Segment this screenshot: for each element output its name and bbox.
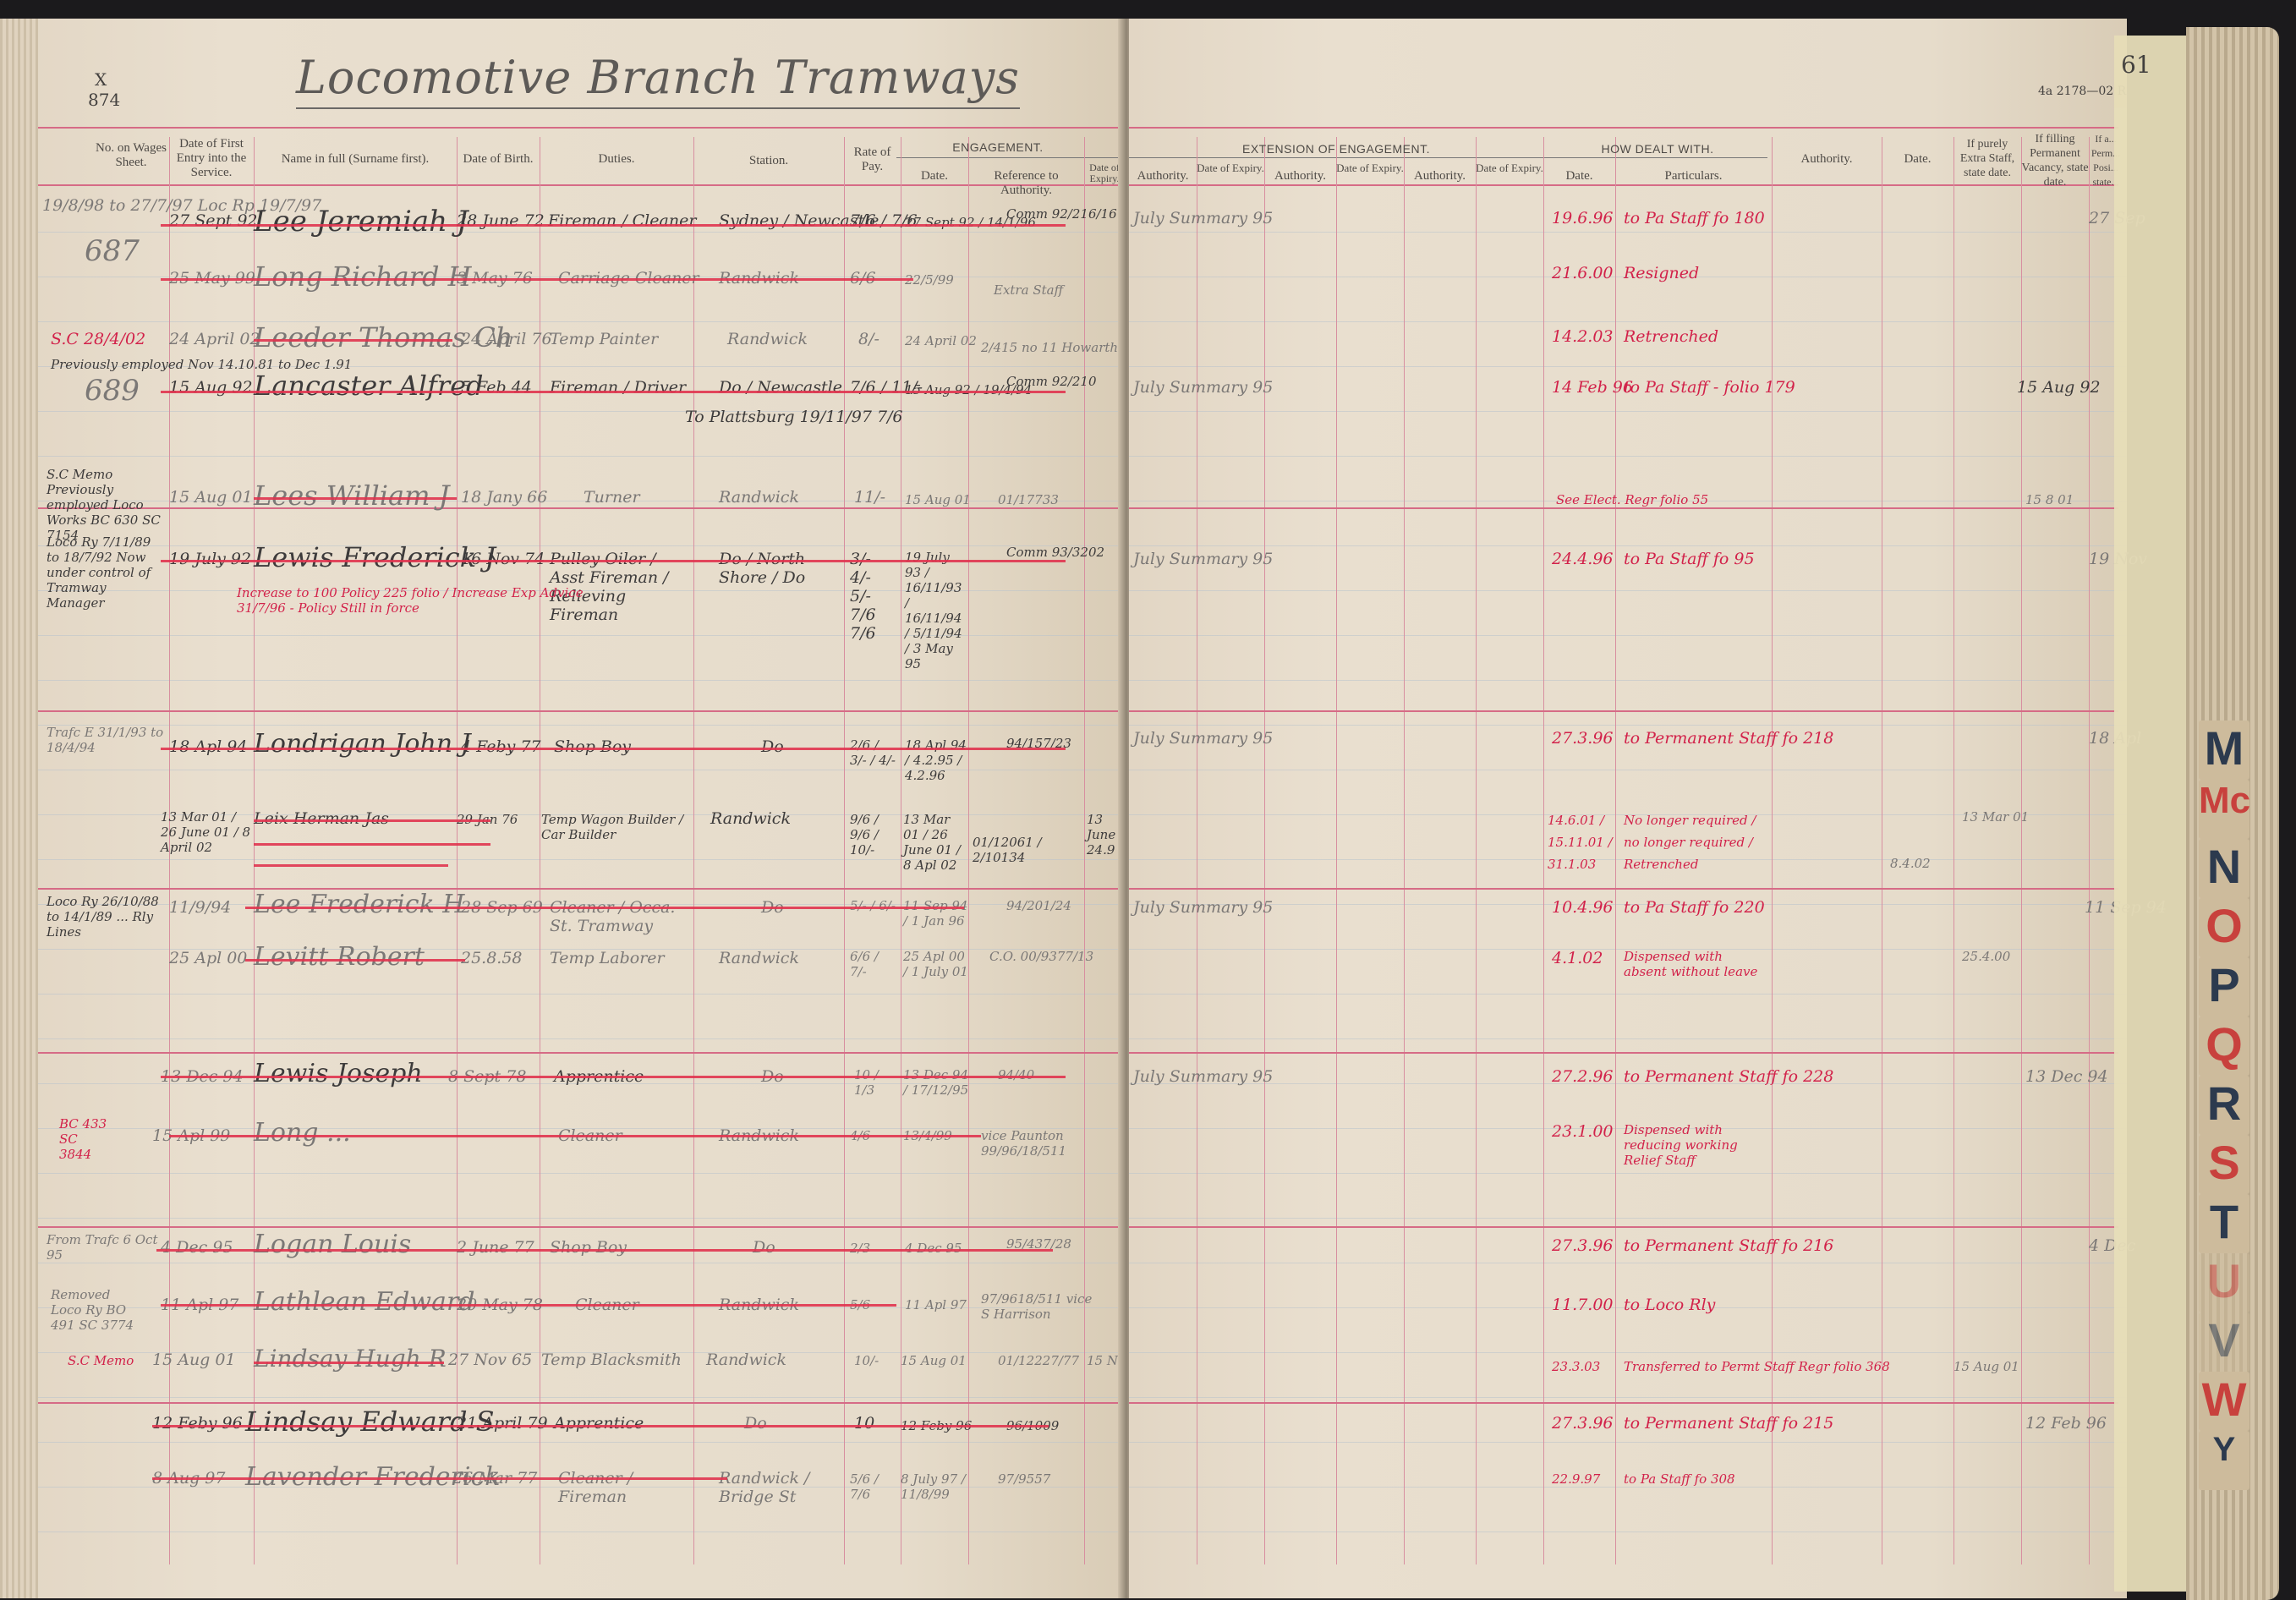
ruling-line	[1336, 137, 1337, 1564]
extension-authority: July Summary 95	[1133, 898, 1273, 917]
authority-reference: vice Paunton 99/96/18/511	[981, 1128, 1099, 1159]
employee-name: Leix Herman Jas	[254, 809, 389, 828]
left-folio-number: 874	[88, 90, 120, 110]
transfer-note: To Plattsburg 19/11/97 7/6	[685, 408, 903, 426]
station: Randwick / Bridge St	[719, 1469, 837, 1506]
extension-authority: July Summary 95	[1133, 1067, 1273, 1086]
duties: Temp Laborer	[550, 949, 665, 967]
header-how-dealt: HOW DEALT WITH.	[1543, 142, 1772, 156]
header-date-final: Date.	[1882, 152, 1954, 167]
ruling-line	[1129, 888, 2118, 890]
rate-of-pay: 9/6 / 9/6 / 10/-	[850, 812, 896, 858]
header-eng-date: Date.	[901, 169, 968, 184]
first-entry-date: 15 Aug 01	[169, 488, 253, 507]
header-rate: Rate of Pay.	[844, 145, 901, 174]
header-particulars: Particulars.	[1615, 169, 1772, 184]
engagement-date: 4 Dec 95	[905, 1241, 962, 1256]
ruling-line	[2089, 137, 2090, 1564]
engagement-date: 11 Apl 97	[905, 1297, 967, 1312]
index-tab-m[interactable]: M	[2199, 721, 2249, 780]
rate-of-pay: 3/- 4/- 5/- 7/6 7/6	[850, 550, 896, 643]
employee-name: Lee Jeremiah J	[254, 205, 468, 238]
margin-note: From Trafc 6 Oct 95	[47, 1232, 165, 1263]
strikethrough-line	[161, 748, 1066, 750]
first-entry-date: 11/9/94	[169, 898, 231, 917]
strikethrough-line	[152, 1477, 727, 1480]
authority-reference: 2/415 no 11 Howarth	[981, 340, 1118, 355]
header-hd-date: Date.	[1543, 169, 1615, 184]
extension-authority: July Summary 95	[1133, 378, 1273, 397]
authority-reference: Comm 92/210	[1006, 374, 1097, 389]
header-wages-no: No. on Wages Sheet.	[93, 141, 169, 170]
first-entry-date: 25 Apl 00	[169, 949, 247, 967]
index-tab-mc[interactable]: Mc	[2199, 780, 2249, 839]
ruling-line	[844, 137, 845, 1564]
duties: Temp Painter	[550, 330, 658, 348]
page-title: Locomotive Branch Tramways	[296, 51, 1020, 109]
ruling-line	[1129, 127, 2118, 129]
header-extra-staff: If purely Extra Staff, state date.	[1954, 137, 2021, 180]
dealt-date: 27.3.96	[1552, 1414, 1614, 1433]
dealt-date: 14.2.03	[1552, 327, 1614, 346]
dealt-particulars: Transferred to Permt Staff Regr folio 36…	[1624, 1359, 1890, 1374]
header-engagement: ENGAGEMENT.	[901, 140, 1095, 155]
index-tab-p[interactable]: P	[2199, 957, 2249, 1016]
authority-reference: 01/12227/77	[998, 1353, 1079, 1368]
extra-staff-date: 15 8 01	[2025, 492, 2074, 507]
permanent-vacancy-date: 15 Aug 92	[2017, 378, 2101, 397]
header-top-rule	[38, 127, 1125, 129]
first-entry-date: 15 Aug 01	[152, 1351, 236, 1369]
permanent-vacancy-date: 13 Dec 94	[2025, 1067, 2108, 1086]
date-of-birth: 27 Nov 65	[448, 1351, 532, 1369]
ruling-line	[38, 1226, 1125, 1228]
station: Randwick	[706, 1351, 786, 1369]
employee-name: Logan Louis	[254, 1230, 411, 1259]
engagement-date: 19 July 93 / 16/11/93 / 16/11/94 / 5/11/…	[905, 550, 968, 671]
duties: Fireman / Cleaner	[548, 211, 696, 230]
header-permanent-vacancy: If filling Permanent Vacancy, state date…	[2021, 132, 2089, 189]
ruling-line	[1129, 1402, 2118, 1404]
employee-name: Lewis Frederick J	[254, 541, 496, 573]
date-of-birth: 21 April 79	[457, 1414, 548, 1433]
wages-number: 689	[85, 374, 140, 408]
authority-reference: 97/9618/511 vice S Harrison	[981, 1291, 1099, 1322]
dealt-particulars: Dispensed with reducing working Relief S…	[1624, 1122, 1776, 1168]
final-date: 8.4.02	[1890, 856, 1931, 871]
ruling-line	[540, 137, 540, 1564]
margin-note: S.C Memo Previously employed Loco Works …	[47, 467, 165, 543]
employee-name: Lewis Joseph	[254, 1059, 423, 1088]
ruling-line	[1129, 157, 1767, 158]
date-of-birth: 2 June 77	[457, 1238, 534, 1257]
ruling-line	[693, 137, 694, 1564]
ruling-line	[2021, 137, 2022, 1564]
ruling-line	[38, 1402, 1125, 1404]
margin-note: Removed Loco Ry BO 491 SC 3774	[51, 1287, 135, 1333]
dealt-particulars: Retrenched	[1624, 327, 1718, 346]
dealt-particulars: to Permanent Staff fo 228	[1624, 1067, 1833, 1086]
dealt-date: 4.1.02	[1552, 949, 1603, 967]
first-entry-date: 12 Feby 96	[152, 1414, 243, 1433]
header-bottom-rule	[38, 184, 1125, 186]
duties: Cleaner / Occa. St. Tramway	[550, 898, 693, 935]
ruling-line	[1129, 1052, 2118, 1054]
dealt-particulars: to Pa Staff fo 95	[1624, 550, 1755, 568]
date-of-birth: 24 April 76	[461, 330, 552, 348]
dealt-particulars: See Elect. Regr folio 55	[1556, 492, 1708, 507]
strikethrough-line	[254, 1362, 444, 1364]
authority-reference: C.O. 00/9377/13	[989, 949, 1093, 964]
dealt-date: 23.3.03	[1552, 1359, 1600, 1374]
dealt-date: 27.3.96	[1552, 1236, 1614, 1255]
engagement-rule	[896, 157, 1125, 158]
dealt-date: 21.6.00	[1552, 264, 1614, 282]
station: Do	[744, 1414, 767, 1433]
employee-name: Long Richard H	[254, 260, 472, 293]
dealt-date: 11.7.00	[1552, 1296, 1614, 1314]
station: Randwick	[719, 488, 799, 507]
ruling-line	[1772, 137, 1773, 1564]
engagement-date: 25 Apl 00 / 1 July 01	[903, 949, 969, 979]
duties: Cleaner / Fireman	[558, 1469, 677, 1506]
strikethrough-line	[156, 1249, 1053, 1252]
authority-reference: 01/17733	[998, 492, 1059, 507]
first-entry-date: 27 Sept 92	[169, 211, 258, 230]
header-dob: Date of Birth.	[457, 152, 540, 167]
left-page: X 874 Locomotive Branch Tramways No. on …	[0, 19, 1125, 1598]
dealt-particulars: to Pa Staff fo 180	[1624, 209, 1765, 227]
authority-reference: Comm 92/216/16	[1006, 206, 1117, 222]
authority-reference: Extra Staff	[994, 282, 1063, 298]
dealt-date: 27.3.96	[1552, 729, 1614, 748]
ruling-line	[1129, 507, 2118, 509]
rate-of-pay: 10 / 1/3	[854, 1067, 896, 1098]
rate-of-pay: 10/-	[854, 1353, 879, 1368]
ledger-book: X 874 Locomotive Branch Tramways No. on …	[0, 19, 2283, 1598]
date-of-birth: 25.8.58	[461, 949, 523, 967]
strikethrough-line	[152, 1425, 1049, 1427]
dealt-particulars: to Pa Staff fo 220	[1624, 898, 1765, 917]
header-first-entry: Date of First Entry into the Service.	[169, 137, 254, 180]
dealt-date: 27.2.96	[1552, 1067, 1614, 1086]
date-of-birth: 4 Feby 77	[461, 737, 541, 756]
dealt-particulars: No longer required / no longer required …	[1624, 809, 1767, 875]
rate-of-pay: 5/- / 6/-	[850, 898, 896, 913]
employee-name: Lindsay Hugh R	[254, 1345, 447, 1373]
right-folio-number: 61	[2121, 51, 2151, 79]
folio-mark: X	[95, 69, 107, 90]
ruling-line	[901, 137, 901, 1564]
rate-of-pay: 6/6 / 7/-	[850, 949, 896, 979]
employee-name: Lees William J	[254, 479, 449, 512]
ruling-line	[1264, 137, 1265, 1564]
strikethrough-line	[161, 278, 913, 281]
index-tab-t[interactable]: T	[2199, 1194, 2249, 1253]
authority-reference: Comm 93/3202	[1006, 545, 1104, 560]
engagement-date: 13 Mar 01 / 26 June 01 / 8 Apl 02	[903, 812, 969, 873]
index-tab-u[interactable]: U	[2199, 1253, 2249, 1312]
header-duties: Duties.	[540, 152, 693, 167]
first-entry-date: 4 Dec 95	[161, 1238, 233, 1257]
header-authority-2: Authority.	[1264, 169, 1336, 184]
ruling-line	[1476, 137, 1477, 1564]
rate-of-pay: 11/-	[854, 488, 885, 507]
ruling-line	[1543, 137, 1544, 1564]
dealt-date: 23.1.00	[1552, 1122, 1614, 1141]
dealt-date: 24.4.96	[1552, 550, 1614, 568]
printer-mark: 4a 2178—02 R	[2038, 85, 2126, 98]
header-expiry-2: Date of Expiry.	[1336, 162, 1404, 174]
index-tab-v[interactable]: V	[2199, 1312, 2249, 1372]
extension-authority: July Summary 95	[1133, 729, 1273, 748]
ruling-line	[1129, 710, 2118, 712]
extension-authority: July Summary 95	[1133, 550, 1273, 568]
index-tab-q[interactable]: Q	[2199, 1016, 2249, 1076]
duties: Fireman / Driver	[550, 378, 686, 397]
employee-name: Lee Frederick H	[254, 890, 464, 919]
ruling-line	[1129, 184, 2118, 186]
ruling-line	[38, 710, 1125, 712]
margin-note: Loco Ry 26/10/88 to 14/1/89 ... Rly Line…	[47, 894, 165, 940]
final-date: 15 Aug 01	[1954, 1359, 2019, 1374]
duties: Turner	[584, 488, 640, 507]
header-authority-3: Authority.	[1404, 169, 1476, 184]
red-annotation: Increase to 100 Policy 225 folio / Incre…	[237, 585, 609, 616]
employee-name: Levitt Robert	[254, 942, 425, 972]
strikethrough-line	[254, 864, 448, 867]
dealt-particulars: to Permanent Staff fo 218	[1624, 729, 1833, 748]
strikethrough-line	[161, 1304, 896, 1307]
index-tab-o[interactable]: O	[2199, 898, 2249, 957]
employee-name: Long ...	[254, 1118, 351, 1148]
strikethrough-line	[254, 819, 490, 822]
wages-number: 687	[85, 234, 140, 268]
station: Do	[761, 737, 784, 756]
engagement-date: 11 Sep 94 / 1 Jan 96	[903, 898, 969, 929]
ruling-line	[38, 507, 1125, 509]
station: Randwick	[719, 949, 799, 967]
margin-note: S.C 28/4/02	[51, 330, 145, 348]
dealt-particulars: to Permanent Staff fo 215	[1624, 1414, 1833, 1433]
index-tab-s[interactable]: S	[2199, 1135, 2249, 1194]
engagement-date: 15 Aug 01	[901, 1353, 967, 1368]
dealt-particulars: to Pa Staff fo 308	[1624, 1471, 1735, 1487]
index-tab-n[interactable]: N	[2199, 839, 2249, 898]
permanent-vacancy-date: 12 Feb 96	[2025, 1414, 2107, 1433]
strikethrough-line	[161, 224, 1066, 227]
rate-of-pay: 2/6 / 3/- / 4/-	[850, 737, 896, 768]
strikethrough-line	[254, 843, 490, 846]
date-of-birth: 28 June 72	[457, 211, 545, 230]
first-entry-date: 24 April 02	[169, 330, 260, 348]
dealt-date: 14.6.01 / 15.11.01 / 31.1.03	[1548, 809, 1619, 875]
index-tab-y[interactable]: Y	[2199, 1431, 2249, 1490]
dealt-date: 19.6.96	[1552, 209, 1614, 227]
dealt-particulars: to Loco Rly	[1624, 1296, 1715, 1314]
rate-of-pay: 8/-	[858, 330, 879, 348]
employee-name: Lathlean Edward	[254, 1287, 475, 1317]
duties: Apprentice	[554, 1414, 644, 1433]
final-date: 25.4.00	[1962, 949, 2010, 964]
index-tab-r[interactable]: R	[2199, 1076, 2249, 1135]
duties: Shop Boy	[550, 1238, 627, 1257]
dealt-particulars: Dispensed with absent without leave	[1624, 949, 1767, 979]
authority-reference: 94/201/24	[1006, 898, 1071, 913]
authority-reference: 01/12061 / 2/10134	[973, 835, 1082, 865]
first-entry-date: 19 July 92	[169, 550, 251, 568]
first-entry-date: 18 Apl 94	[169, 737, 247, 756]
employee-name: Londrigan John J	[254, 729, 471, 759]
ruling-line	[1404, 137, 1405, 1564]
header-eng-reference: Reference to Authority.	[968, 169, 1084, 198]
strikethrough-line	[161, 560, 1066, 562]
engagement-date: 13 Dec 94 / 17/12/95	[903, 1067, 969, 1098]
dealt-date: 14 Feb 96	[1552, 378, 1633, 397]
duties: Temp Wagon Builder / Car Builder	[541, 812, 693, 842]
dealt-date: 10.4.96	[1552, 898, 1614, 917]
index-tab-w[interactable]: W	[2199, 1372, 2249, 1431]
ruling-line	[1954, 137, 1954, 1564]
ruling-line	[1197, 137, 1197, 1564]
ruling-line	[38, 1052, 1125, 1054]
right-page: 4a 2178—02 R Authority. EXTENSION OF ENG…	[1129, 19, 2127, 1598]
margin-note: BC 433 SC 3844	[59, 1116, 110, 1162]
margin-note: Loco Ry 7/11/89 to 18/7/92 Now under con…	[47, 534, 165, 611]
header-name: Name in full (Surname first).	[254, 152, 457, 167]
duties: Shop Boy	[554, 737, 631, 756]
rate-of-pay: 2/3	[850, 1241, 870, 1256]
engagement-date: 18 Apl 94 / 4.2.95 / 4.2.96	[905, 737, 968, 783]
station: Do / North Shore / Do	[719, 550, 837, 587]
header-authority-final: Authority.	[1772, 152, 1882, 167]
strikethrough-line	[161, 391, 1066, 393]
date-of-birth: 5 Feb 44	[461, 378, 532, 397]
strikethrough-line	[245, 959, 465, 962]
margin-note: Trafc E 31/1/93 to 18/4/94	[47, 725, 165, 755]
margin-note: S.C Memo	[68, 1353, 134, 1368]
station: Do	[753, 1238, 775, 1257]
extra-staff-date: 13 Mar 01	[1962, 809, 2029, 825]
authority-reference: 97/9557	[998, 1471, 1050, 1487]
duties: Temp Blacksmith	[541, 1351, 682, 1369]
authority-reference: 94/40	[998, 1067, 1034, 1082]
ruling-line	[38, 888, 1125, 890]
dealt-date: 22.9.97	[1552, 1471, 1600, 1487]
strikethrough-line	[161, 1076, 1066, 1078]
employee-name: Lancaster Alfred	[254, 370, 484, 402]
station: Randwick	[710, 809, 791, 828]
strikethrough-line	[254, 339, 452, 342]
header-authority-1: Authority.	[1129, 169, 1197, 184]
rate-of-pay: 5/6 / 7/6	[850, 1471, 896, 1502]
engagement-date: 24 April 02	[905, 333, 977, 348]
first-entry-date: 13 Mar 01 / 26 June 01 / 8 April 02	[161, 809, 254, 855]
header-extension: EXTENSION OF ENGAGEMENT.	[1197, 142, 1476, 156]
engagement-date: 15 Aug 01	[905, 492, 971, 507]
date-of-birth: 18 Jany 66	[461, 488, 547, 507]
ruling-line	[1882, 137, 1882, 1564]
date-of-birth: 16 Nov 74	[461, 550, 545, 568]
ruling-line	[1129, 1226, 2118, 1228]
header-station: Station.	[693, 154, 844, 168]
header-expiry-1: Date of Expiry.	[1197, 162, 1264, 174]
dealt-particulars: to Permanent Staff fo 216	[1624, 1236, 1833, 1255]
strikethrough-line	[245, 907, 964, 909]
engagement-date: 8 July 97 / 11/8/99	[901, 1471, 968, 1502]
strikethrough-line	[254, 497, 457, 500]
extension-authority: July Summary 95	[1133, 209, 1273, 227]
rate-of-pay: 10	[854, 1414, 874, 1433]
dealt-particulars: Resigned	[1624, 264, 1699, 282]
header-expiry-3: Date of Expiry.	[1476, 162, 1543, 174]
first-entry-date: 15 Aug 92	[169, 378, 253, 397]
dealt-particulars: to Pa Staff - folio 179	[1624, 378, 1795, 397]
strikethrough-line	[169, 1135, 981, 1137]
station: Randwick	[727, 330, 808, 348]
station: Do / Newcastle	[719, 378, 842, 397]
